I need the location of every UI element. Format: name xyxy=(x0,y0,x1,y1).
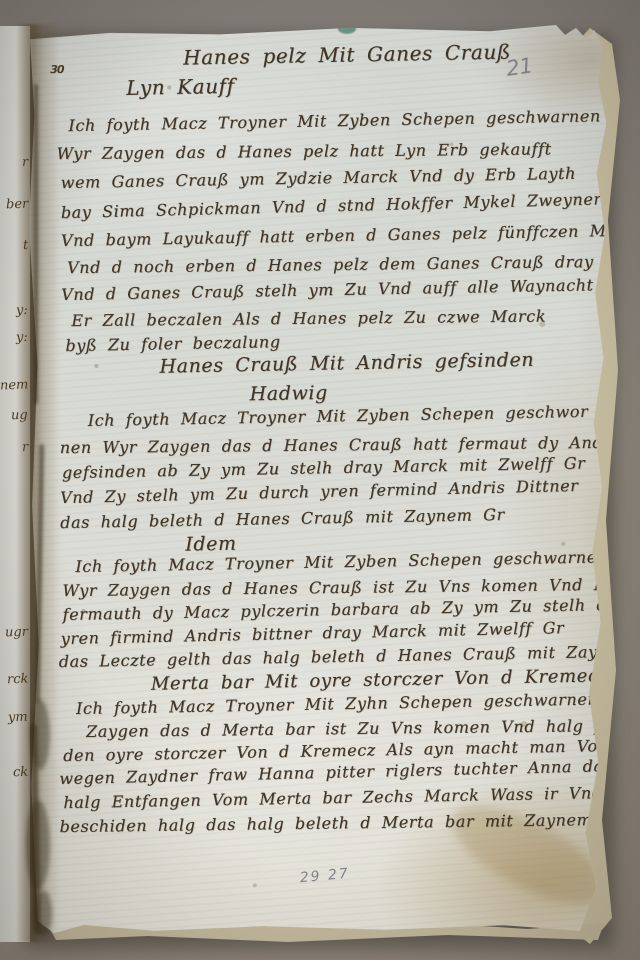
manuscript-line: Vnd d noch erben d Hanes pelz dem Ganes … xyxy=(67,252,632,277)
manuscript-line: beschiden halg das halg beleth d Merta b… xyxy=(59,810,624,836)
bottom-pencil-marks: 29 27 xyxy=(299,866,350,887)
manuscript-line: Ich foyth Macz Troyner Mit Zyben Schepen… xyxy=(68,106,601,135)
manuscript-line: wem Ganes Crauß ym Zydzie Marck Vnd dy E… xyxy=(61,164,577,192)
manuscript-line: Vnd baym Layukauff hatt erben d Ganes pe… xyxy=(61,221,617,250)
handwritten-text: 30 Hanes pelz Mit Ganes Crauß 21 Lyn Kau… xyxy=(20,23,616,942)
entry-1: Ich foyth Macz Troyner Mit Zyben Schepen… xyxy=(20,23,612,26)
entry-title: Hanes pelz Mit Ganes Crauß xyxy=(183,40,511,70)
entry-3: Idem Ich foyth Macz Troyner Mit Zyben Sc… xyxy=(20,23,612,26)
manuscript-page: 30 Hanes pelz Mit Ganes Crauß 21 Lyn Kau… xyxy=(20,23,616,942)
entry-subheading: Hadwig xyxy=(249,382,328,405)
manuscript-photo: { "manuscript": { "header": { "title": "… xyxy=(0,0,640,960)
entry-heading: Idem xyxy=(185,533,237,556)
gutter-streak xyxy=(34,84,38,404)
entry-2: Hanes Crauß Mit Andris gefsinden Hadwig … xyxy=(20,23,612,26)
gutter-damage-blot xyxy=(30,700,50,770)
manuscript-line: Ich foyth Macz Troyner Mit Zyben Schepen… xyxy=(75,547,608,576)
manuscript-line: byß Zu foler beczalung xyxy=(65,332,281,355)
entry-subtitle: Lyn Kauff xyxy=(126,74,235,100)
manuscript-line: bay Sima Schpickman Vnd d stnd Hokffer M… xyxy=(61,189,602,222)
gutter-damage-blot xyxy=(34,890,52,936)
gutter-damage-blot xyxy=(26,800,50,890)
manuscript-line: Wyr Zaygen das d Hanes pelz hatt Lyn Erb… xyxy=(56,139,551,163)
gutter-streak xyxy=(35,444,45,704)
manuscript-line: halg Entfangen Vom Merta bar Zechs Marck… xyxy=(63,783,621,812)
manuscript-line: Ich foyth Macz Troyner Mit Zyben Schepen… xyxy=(88,402,589,430)
entry-4: Merta bar Mit oyre storczer Von d Kremec… xyxy=(20,23,612,26)
manuscript-line: das halg beleth d Hanes Crauß mit Zaynem… xyxy=(60,505,505,532)
manuscript-line: Er Zall beczalen Als d Hanes pelz Zu czw… xyxy=(71,307,546,331)
manuscript-line: Vnd d Ganes Crauß stelh ym Zu Vnd auff a… xyxy=(61,275,594,304)
entry-heading: Hanes Crauß Mit Andris gefsinden xyxy=(159,349,534,378)
folio-number: 21 xyxy=(505,53,535,81)
